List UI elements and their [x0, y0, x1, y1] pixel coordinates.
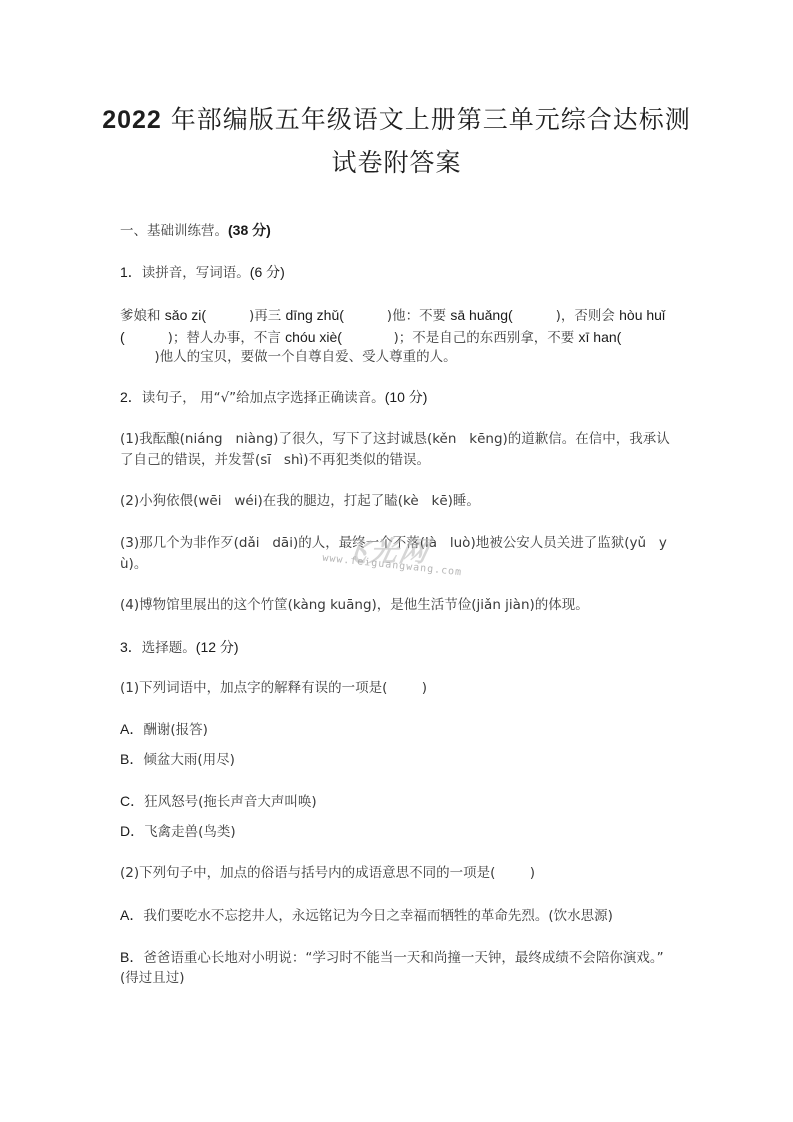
pinyin-blank: xī han(	[579, 329, 622, 345]
q1-score: (6 分)	[250, 264, 285, 280]
option-text: 酬谢(报答)	[143, 722, 208, 738]
q3-number: 3．	[120, 639, 142, 655]
pinyin-blank: dīng zhǔ(	[286, 307, 344, 323]
q3-sub2-option-b: B．爸爸语重心长地对小明说：“学习时不能当一天和尚撞一天钟，最终成绩不会陪你演戏…	[120, 946, 680, 969]
q1-text: )再三	[206, 308, 285, 324]
q3-sub1-option-b: B．倾盆大雨(用尽)	[120, 748, 680, 771]
q1-text: 爹娘和	[120, 308, 165, 324]
q1-prompt: 读拼音，写词语。	[142, 265, 250, 281]
option-text: 爸爸语重心长地对小明说：“学习时不能当一天和尚撞一天钟，最终成绩不会陪你演戏。”	[143, 950, 663, 966]
q3-sub1-option-d: D．飞禽走兽(鸟类)	[120, 820, 680, 843]
q3-prompt: 选择题。	[142, 640, 196, 656]
section1-heading-text: 一、基础训练营。	[120, 223, 228, 239]
q2-item-1-line2: 了自己的错误，并发誓(sī shì)不再犯类似的错误。	[120, 449, 680, 471]
q1-number: 1．	[120, 264, 142, 280]
option-text: 倾盆大雨(用尽)	[143, 752, 235, 768]
title-year: 2022	[102, 106, 162, 134]
q2-item-3-line1: (3)那几个为非作歹(dǎi dāi)的人，最终一个不落(là luò)地被公安…	[120, 532, 680, 554]
option-label: B．	[120, 751, 143, 767]
option-text: 我们要吃水不忘挖井人，永远铭记为今日之幸福而牺牲的革命先烈。(饮水思源)	[143, 908, 613, 924]
section1-heading: 一、基础训练营。(38 分)	[120, 219, 680, 242]
option-text: 飞禽走兽(鸟类)	[144, 824, 236, 840]
section1-score: (38 分)	[228, 222, 271, 238]
q3-heading: 3．选择题。(12 分)	[120, 636, 680, 659]
pinyin-blank: hòu huǐ	[619, 307, 665, 323]
pinyin-blank: sǎo zi(	[165, 307, 206, 323]
option-label: A．	[120, 721, 143, 737]
q3-sub2-stem: (2)下列句子中，加点的俗语与括号内的成语意思不同的一项是( )	[120, 862, 680, 884]
q1-text: )；不是自己的东西别拿，不要	[342, 330, 579, 346]
document-title-line1: 2022 年部编版五年级语文上册第三单元综合达标测	[0, 100, 793, 136]
q3-sub2-option-b-cont: (得过且过)	[120, 967, 680, 989]
q1-text: )，否则会	[513, 308, 619, 324]
document-title-line2: 试卷附答案	[0, 143, 793, 179]
document-page: 2022 年部编版五年级语文上册第三单元综合达标测 试卷附答案 一、基础训练营。…	[0, 0, 793, 1122]
q1-line3: )他人的宝贝，要做一个自尊自爱、受人尊重的人。	[120, 346, 680, 368]
option-text: 狂风怒号(拖长声音大声叫唤)	[144, 794, 317, 810]
option-label: B．	[120, 949, 143, 965]
q1-text: )；替人办事，不言	[125, 330, 285, 346]
option-label: D．	[120, 823, 144, 839]
q2-score: (10 分)	[385, 389, 428, 405]
q3-sub1-option-c: C．狂风怒号(拖长声音大声叫唤)	[120, 790, 680, 813]
q3-sub1-option-a: A．酬谢(报答)	[120, 718, 680, 741]
option-label: A．	[120, 907, 143, 923]
q3-score: (12 分)	[196, 639, 239, 655]
pinyin-blank: chóu xiè(	[285, 329, 342, 345]
q2-number: 2．	[120, 389, 142, 405]
q2-item-1-line1: (1)我酝酿(niáng niàng)了很久，写下了这封诚恳(kěn kēng)…	[120, 428, 680, 450]
q2-item-3-line2: ù)。	[120, 553, 680, 575]
q1-heading: 1．读拼音，写词语。(6 分)	[120, 261, 680, 284]
pinyin-blank: sā huǎng(	[450, 307, 512, 323]
option-label: C．	[120, 793, 144, 809]
q2-item-4: (4)博物馆里展出的这个竹筐(kàng kuāng)，是他生活节俭(jiǎn j…	[120, 594, 680, 616]
title-text: 年部编版五年级语文上册第三单元综合达标测	[162, 105, 691, 134]
q3-sub1-stem: (1)下列词语中，加点字的解释有误的一项是( )	[120, 677, 680, 699]
q1-text: )他：不要	[344, 308, 450, 324]
q3-sub2-option-a: A．我们要吃水不忘挖井人，永远铭记为今日之幸福而牺牲的革命先烈。(饮水思源)	[120, 904, 680, 927]
q2-heading: 2．读句子， 用“√”给加点字选择正确读音。(10 分)	[120, 386, 680, 409]
q2-item-2: (2)小狗依偎(wēi wéi)在我的腿边，打起了瞌(kè kē)睡。	[120, 490, 680, 512]
q2-prompt: 读句子， 用“√”给加点字选择正确读音。	[142, 390, 385, 406]
q1-line1: 爹娘和 sǎo zi( )再三 dīng zhǔ( )他：不要 sā huǎng…	[120, 304, 680, 327]
